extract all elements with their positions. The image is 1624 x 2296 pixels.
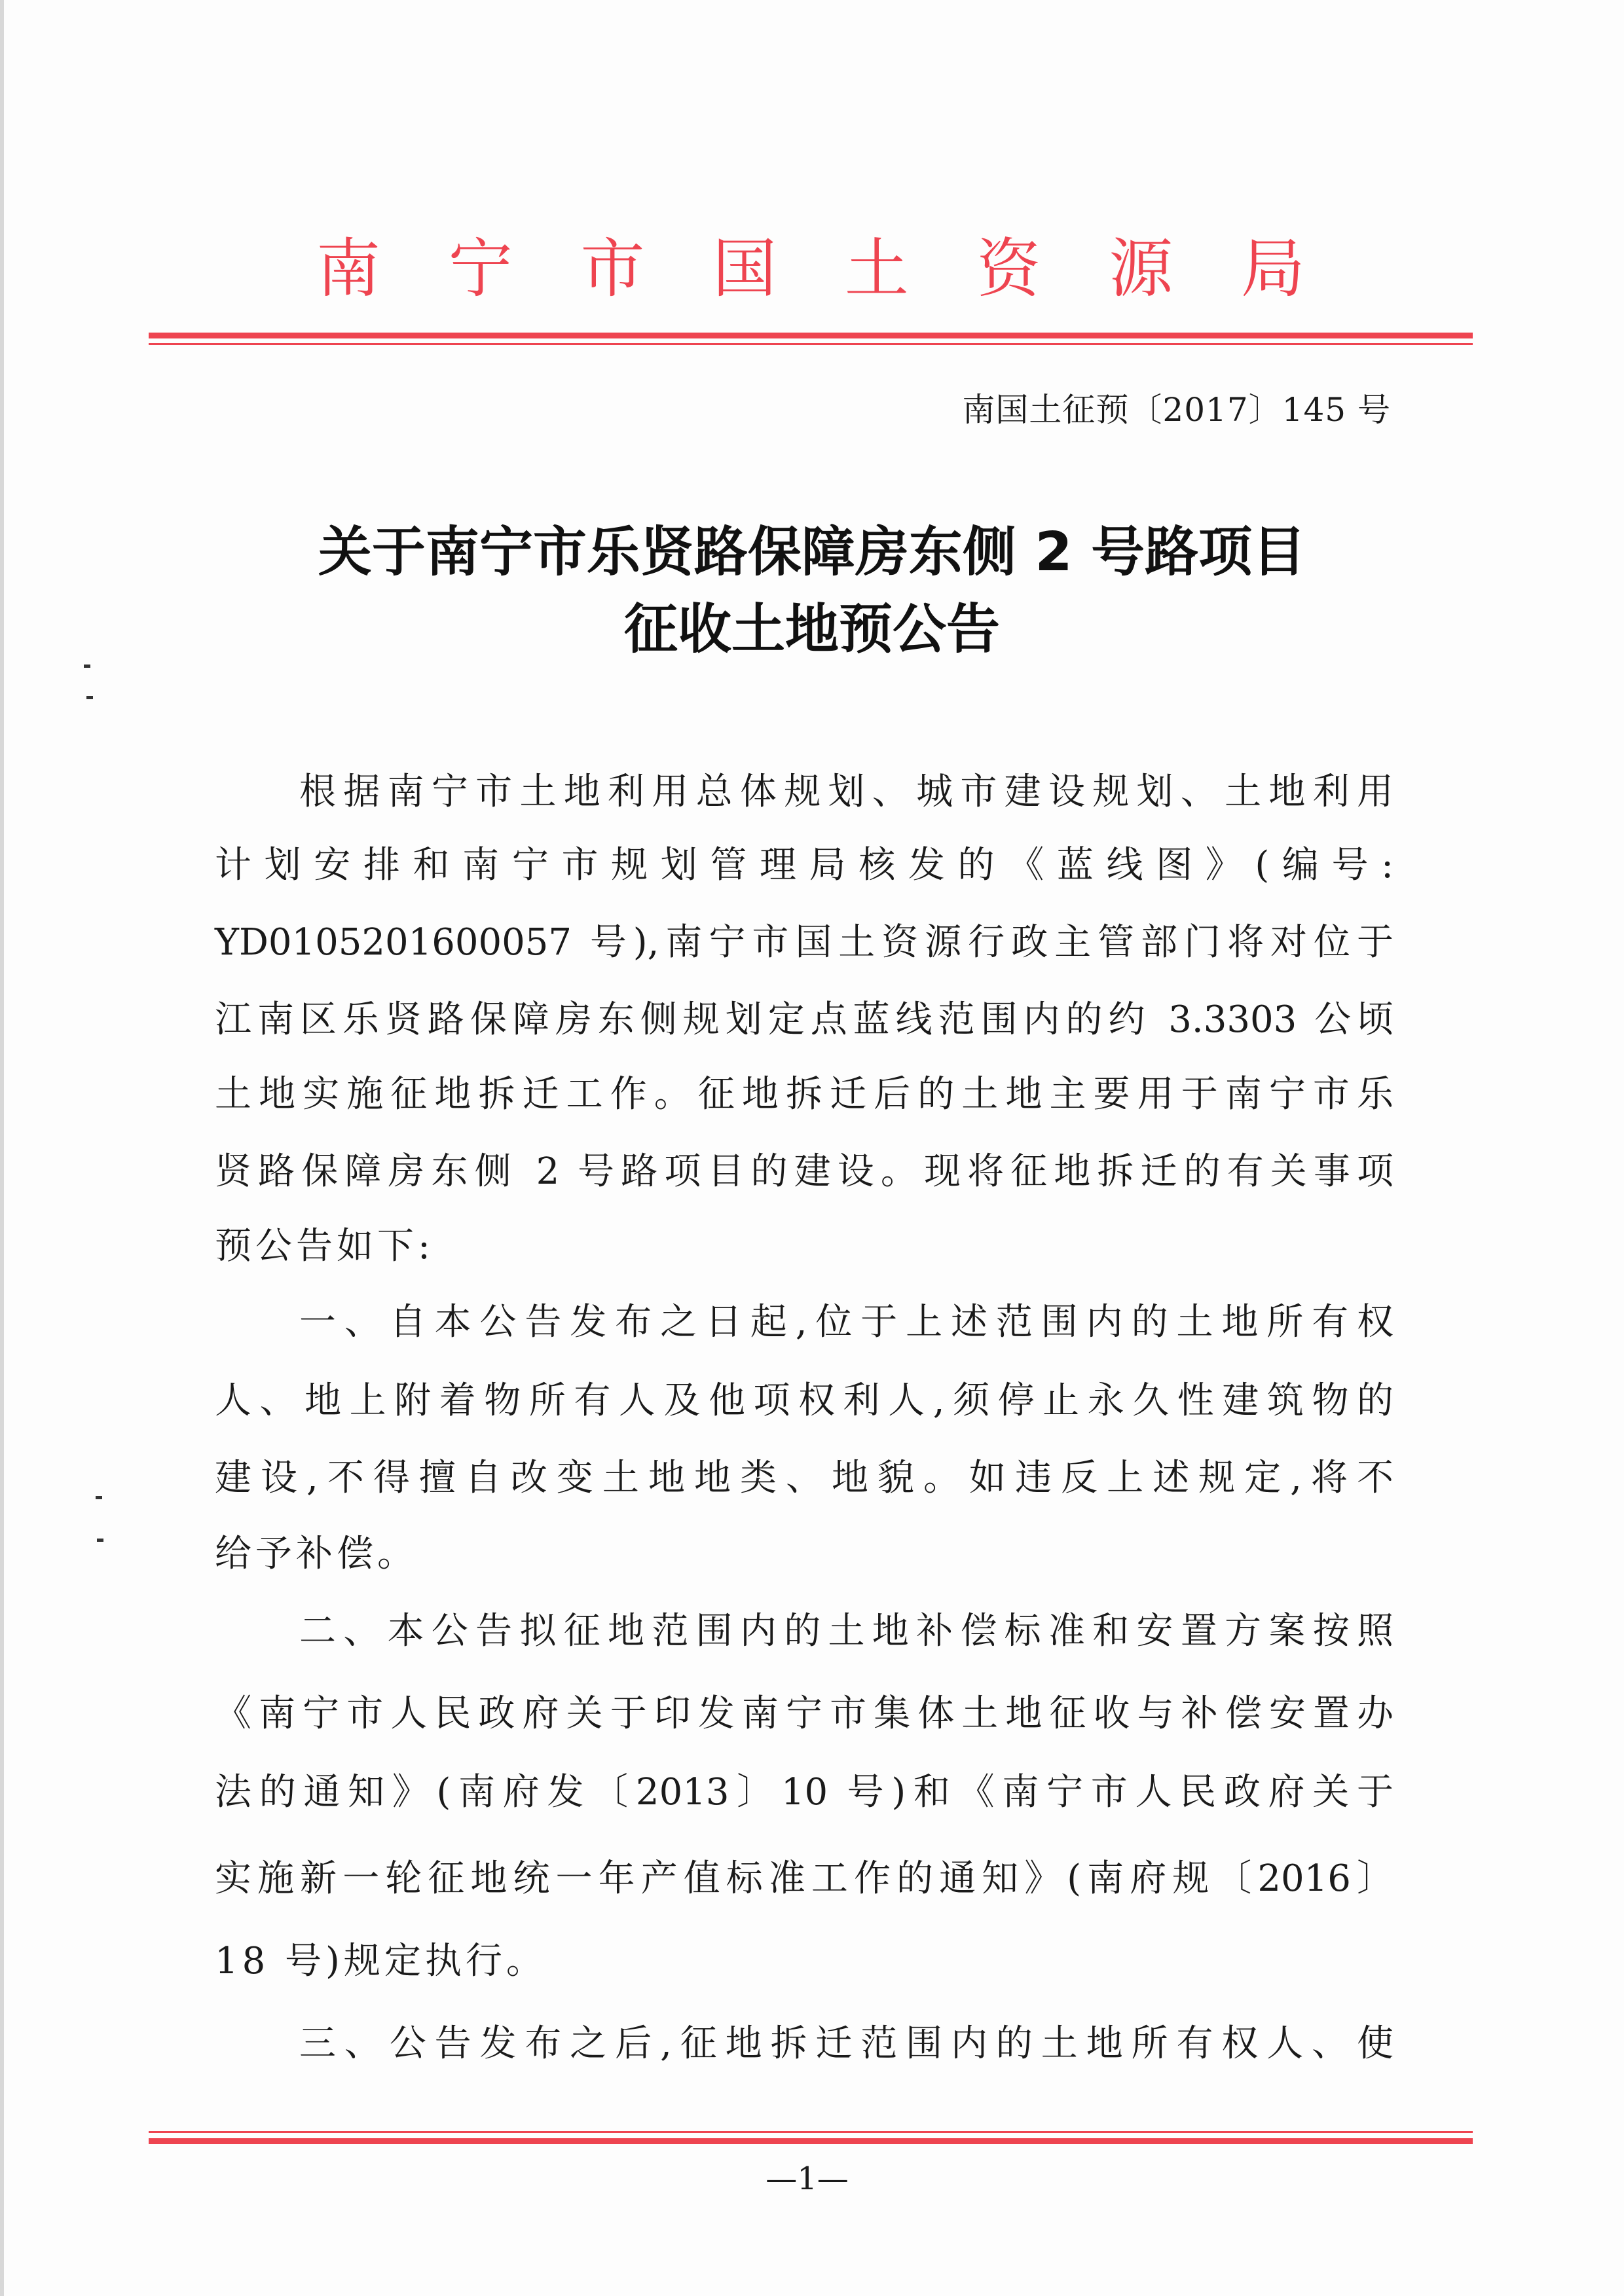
issuing-authority-header: 南 宁 市 国 土 资 源 局 [316,233,1305,305]
document-number: 南国土征预〔2017〕145 号 [962,390,1391,429]
body-line: 18 号)规定执行。 [215,1941,1393,1982]
header-divider-thin [149,343,1473,345]
footer-divider-thick [149,2138,1473,2144]
header-divider-thick [149,333,1473,338]
scan-mark [86,696,93,699]
body-line: 一、自本公告发布之日起,位于上述范围内的土地所有权 [299,1302,1393,1343]
header-char: 源 [1109,233,1173,305]
document-title-line1: 关于南宁市乐贤路保障房东侧 2 号路项目 [0,521,1624,584]
body-line: 根据南宁市土地利用总体规划、城市建设规划、土地利用 [299,771,1393,813]
body-line: 预公告如下: [215,1226,1393,1267]
body-line: 土地实施征地拆迁工作。征地拆迁后的土地主要用于南宁市乐 [215,1074,1393,1116]
body-line: 贤路保障房东侧 2 号路项目的建设。现将征地拆迁的有关事项 [215,1151,1393,1193]
header-char: 局 [1241,233,1305,305]
header-char: 市 [580,233,644,305]
page-number: —1— [760,2160,855,2197]
body-line: 计划安排和南宁市规划管理局核发的《蓝线图》(编号: [215,845,1393,886]
body-line: 给予补偿。 [215,1533,1393,1575]
body-line: 人、地上附着物所有人及他项权利人,须停止永久性建筑物的 [215,1380,1393,1422]
body-line: 三、公告发布之后,征地拆迁范围内的土地所有权人、使 [299,2023,1393,2065]
body-line: 实施新一轮征地统一年产值标准工作的通知》(南府规〔2016〕 [215,1858,1393,1900]
header-char: 南 [316,233,380,305]
body-line: 二、本公告拟征地范围内的土地补偿标准和安置方案按照 [299,1611,1393,1652]
body-line: 建设,不得擅自改变土地地类、地貌。如违反上述规定,将不 [215,1457,1393,1499]
body-line: YD0105201600057 号),南宁市国土资源行政主管部门将对位于 [215,922,1393,964]
header-char: 土 [845,233,909,305]
scan-mark [96,1496,102,1499]
header-char: 宁 [449,233,513,305]
document-title-line2: 征收土地预公告 [0,598,1624,661]
scan-mark [84,665,90,668]
body-line: 《南宁市人民政府关于印发南宁市集体土地征收与补偿安置办 [215,1693,1393,1735]
header-char: 资 [977,233,1041,305]
header-char: 国 [712,233,777,305]
body-line: 法的通知》(南府发〔2013〕10 号)和《南宁市人民政府关于 [215,1772,1393,1813]
scan-mark [97,1539,103,1542]
footer-divider-thin [149,2131,1473,2133]
page-edge [0,0,4,2296]
body-line: 江南区乐贤路保障房东侧规划定点蓝线范围内的约 3.3303 公顷 [215,999,1393,1041]
